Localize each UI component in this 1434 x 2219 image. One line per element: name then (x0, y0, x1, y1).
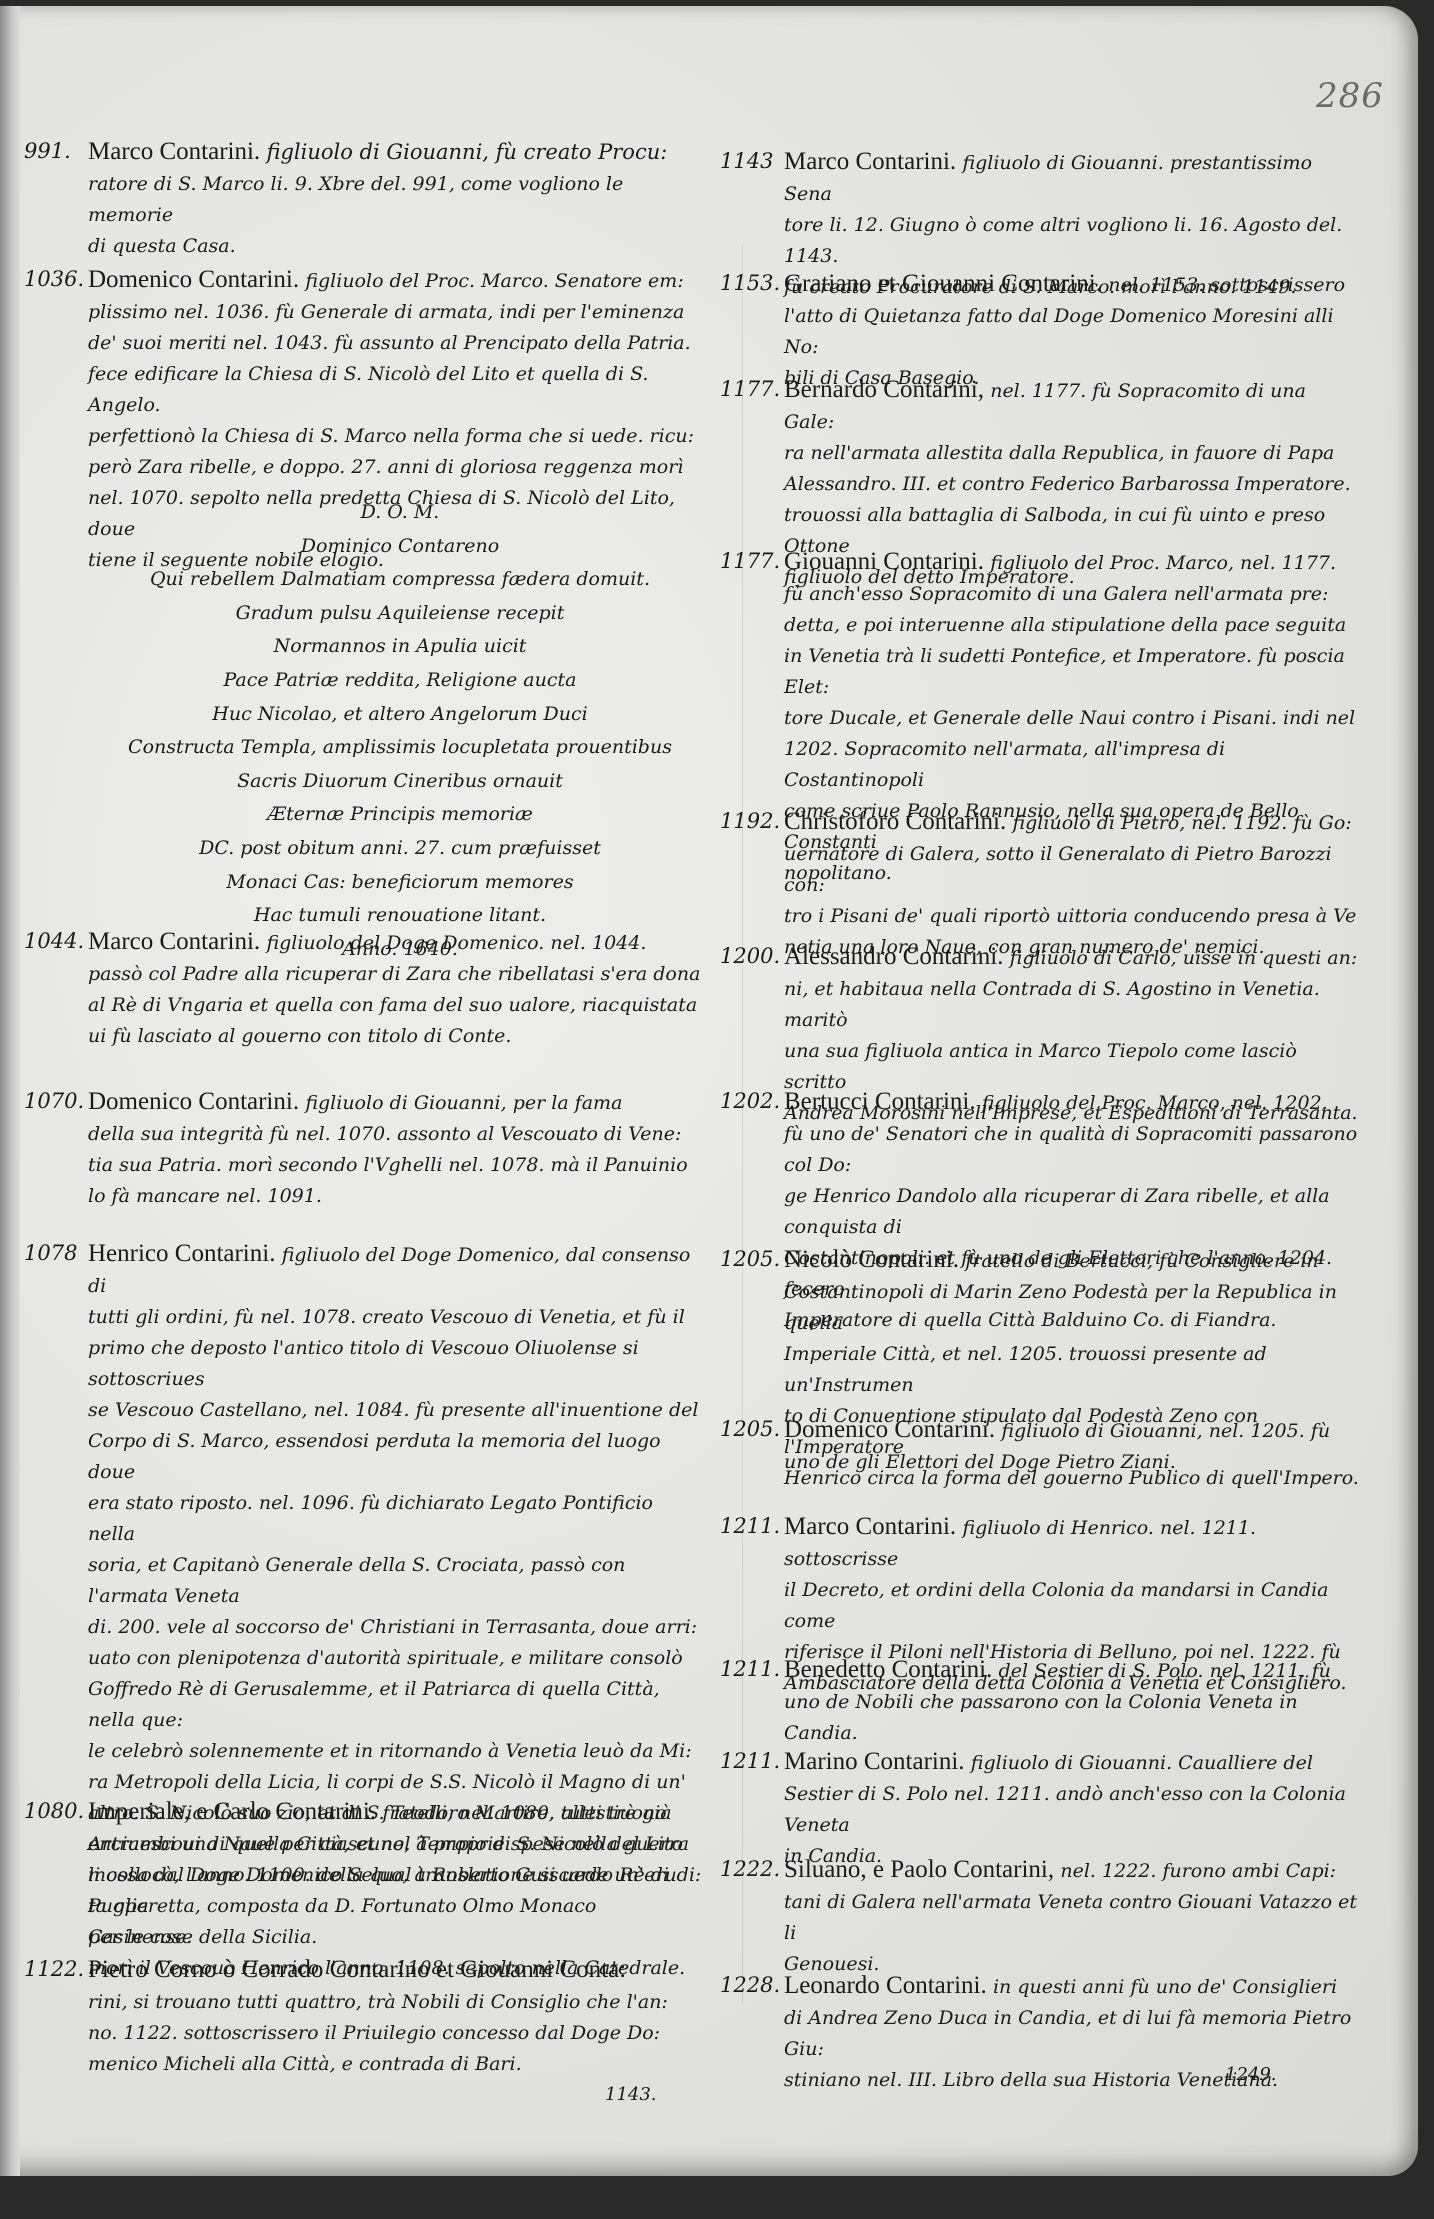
entry-year: 1036. (24, 264, 84, 295)
entry-1080: 1080. Imperiale, e Carlo Contarini. frat… (24, 1796, 704, 1953)
entry-line: della sua integrità fù nel. 1070. assont… (88, 1123, 681, 1145)
entry-line: tutti gli ordini, fù nel. 1078. creato V… (88, 1306, 685, 1328)
entry-name: Domenico Contarini. (784, 1416, 1001, 1443)
entry-line: de' suoi meriti nel. 1043. fù assunto al… (88, 332, 691, 354)
entry-year: 1122. (24, 1954, 84, 1985)
entry-line: detta, e poi interuenne alla stipulation… (784, 614, 1346, 636)
entry-name: Henrico Contarini. (88, 1240, 282, 1267)
entry-line: Sestier di S. Polo nel. 1211. andò anch'… (784, 1783, 1346, 1836)
entry-line: primo che deposto l'antico titolo di Ves… (88, 1337, 639, 1390)
entry-year: 1177. (720, 374, 780, 405)
entry-line: figliuolo di Giouanni, per la fama (305, 1092, 622, 1114)
entry-line: entrambi una Naue per ciascuno, à propri… (88, 1833, 689, 1855)
entry-line: fù uno de' Senatori che in qualità di So… (784, 1123, 1357, 1176)
entry-1222: 1222. Siluano, e Paolo Contarini, nel. 1… (720, 1854, 1360, 1980)
entry-line: nel. 1222. furono ambi Capi: (1060, 1860, 1336, 1882)
folio-number: 286 (1316, 76, 1384, 116)
entry-line: uato con plenipotenza d'autorità spiritu… (88, 1647, 683, 1669)
entry-line: ra Metropoli della Licia, li corpi de S.… (88, 1771, 686, 1793)
entry-year: 1211. (720, 1654, 780, 1685)
entry-line: uno de Nobili che passarono con la Colon… (784, 1691, 1298, 1744)
entry-name: Nicolò Contarini. (784, 1246, 965, 1273)
entry-year: 1070. (24, 1086, 84, 1117)
entry-1122: 1122. Pietro Corno ò Corrado Contarino e… (24, 1954, 704, 2080)
catchword-left: 1143. (605, 2084, 657, 2105)
epitaph-inscription: D. O. M. Dominico Contareno Qui rebellem… (120, 496, 680, 966)
entry-line: mossa dal Doge Domenico Seluo, à Roberto… (88, 1864, 669, 1917)
entry-name: Benedetto Contarini. (784, 1656, 999, 1683)
epitaph-line: Constructa Templa, amplissimis locupleta… (120, 731, 680, 765)
entry-year: 1211. (720, 1511, 780, 1542)
entry-line: però Zara ribelle, e doppo. 27. anni di … (88, 456, 683, 478)
epitaph-line: Pace Patriæ reddita, Religione aucta (120, 664, 680, 698)
entry-line: figliuolo del Proc. Marco. Senatore em: (305, 270, 683, 292)
entry-line: era stato riposto. nel. 1096. fù dichiar… (88, 1492, 653, 1545)
epitaph-line: Normannos in Apulia uicit (120, 630, 680, 664)
entry-line: figliuolo di Giouanni, nel. 1205. fù (1001, 1420, 1330, 1442)
entry-line: ge Henrico Dandolo alla ricuperar di Zar… (784, 1185, 1330, 1238)
entry-line: Goffredo Rè di Gerusalemme, et il Patria… (88, 1678, 660, 1731)
entry-1205-domenico: 1205. Domenico Contarini. figliuolo di G… (720, 1414, 1360, 1478)
entry-year: 1078 (24, 1238, 77, 1269)
entry-line: figliuolo di Giouanni, fù creato Procu: (266, 140, 667, 164)
entry-name: Leonardo Contarini. (784, 1972, 993, 1999)
entry-1070: 1070. Domenico Contarini. figliuolo di G… (24, 1086, 704, 1212)
entry-year: 991. (24, 136, 71, 167)
epitaph-line: D. O. M. (120, 496, 680, 530)
entry-year: 1228. (720, 1970, 780, 2001)
entry-line: figliuolo di Carlo, uisse in questi an: (1010, 947, 1358, 969)
entry-line: figliuolo del Proc. Marco, nel. 1202. (982, 1092, 1328, 1114)
entry-line: Alessandro. III. et contro Federico Barb… (784, 473, 1351, 495)
entry-year: 1177. (720, 546, 780, 577)
entry-line: rini, si trouano tutti quattro, trà Nobi… (88, 1991, 668, 2013)
entry-year: 1044. (24, 926, 84, 957)
entry-line: tia sua Patria. morì secondo l'Vghelli n… (88, 1154, 688, 1176)
entry-line: ra nell'armata allestita dalla Republica… (784, 442, 1334, 464)
entry-line: fratello di Bertucci, fù Consigliere in (965, 1250, 1318, 1272)
entry-line: perfettionò la Chiesa di S. Marco nella … (88, 425, 694, 447)
entry-line: del Sestier di S. Polo. nel. 1211. fù (999, 1660, 1331, 1682)
entry-line: ratore di S. Marco li. 9. Xbre del. 991,… (88, 173, 623, 226)
epitaph-line: Huc Nicolao, et altero Angelorum Duci (120, 698, 680, 732)
epitaph-line: Gradum pulsu Aquileiense recepit (120, 597, 680, 631)
entry-line: stiniano nel. III. Libro della sua Histo… (784, 2069, 1278, 2091)
entry-line: plissimo nel. 1036. fù Generale di armat… (88, 301, 684, 323)
entry-line: Corpo di S. Marco, essendosi perduta la … (88, 1430, 661, 1483)
entry-line: lo fà mancare nel. 1091. (88, 1185, 322, 1207)
entry-name: Giouanni Contarini. (784, 548, 990, 575)
entry-line: fece edificare la Chiesa di S. Nicolò de… (88, 363, 648, 416)
entry-line: nel. 1153. sottoscrissero (1108, 274, 1345, 296)
entry-line: 1202. Sopracomito nell'armata, all'impre… (784, 738, 1225, 791)
entry-name: Imperiale, e Carlo Contarini. (88, 1798, 382, 1825)
entry-year: 1080. (24, 1796, 84, 1827)
entry-line: il Decreto, et ordini della Colonia da m… (784, 1579, 1329, 1632)
manuscript-page: 286 991. Marco Contarini. figliuolo di G… (0, 6, 1418, 2176)
entry-line: di. 200. vele al soccorso de' Christiani… (88, 1616, 697, 1638)
entry-name: Gratiano et Giouanni Contarini. (784, 270, 1108, 297)
entry-line: al Rè di Vngaria et quella con fama del … (88, 994, 697, 1016)
entry-name: Christoforo Contarini. (784, 808, 1012, 835)
entry-name: Bertucci Contarini. (784, 1088, 982, 1115)
page-binding (0, 6, 20, 2176)
entry-line: soria, et Capitanò Generale della S. Cro… (88, 1554, 625, 1607)
entry-year: 1200. (720, 941, 780, 972)
entry-line: le celebrò solennemente et in ritornando… (88, 1740, 692, 1762)
entry-line: figliuolo di Giouanni. Caualliere del (971, 1752, 1313, 1774)
entry-name: Alessandro Contarini. (784, 943, 1010, 970)
entry-line: se Vescouo Castellano, nel. 1084. fù pre… (88, 1399, 698, 1421)
entry-991: 991. Marco Contarini. figliuolo di Gioua… (24, 136, 704, 262)
epitaph-line: DC. post obitum anni. 27. cum præfuisset (120, 832, 680, 866)
entry-year: 1222. (720, 1854, 780, 1885)
entry-line: per le cose della Sicilia. (88, 1926, 317, 1948)
entry-year: 1211. (720, 1746, 780, 1777)
entry-year: 1205. (720, 1244, 780, 1275)
entry-line: uernatore di Galera, sotto il Generalato… (784, 843, 1332, 896)
entry-name: Marco Contarini. (784, 1513, 962, 1540)
entry-line: uno de gli Elettori del Doge Pietro Zian… (784, 1451, 1176, 1473)
entry-line: tro i Pisani de' quali riportò uittoria … (784, 905, 1356, 927)
entry-line: di questa Casa. (88, 235, 236, 257)
epitaph-line: Dominico Contareno (120, 530, 680, 564)
entry-name: Marino Contarini. (784, 1748, 971, 1775)
entry-line: passò col Padre alla ricuperar di Zara c… (88, 963, 700, 985)
entry-line: ni, et habitaua nella Contrada di S. Ago… (784, 978, 1320, 1031)
entry-1044: 1044. Marco Contarini. figliuolo del Dog… (24, 926, 704, 1052)
entry-line: ui fù lasciato al gouerno con titolo di … (88, 1025, 511, 1047)
entry-name: Bernardo Contarini, (784, 376, 990, 403)
epitaph-line: Sacris Diuorum Cineribus ornauit (120, 765, 680, 799)
entry-line: l'atto di Quietanza fatto dal Doge Domen… (784, 305, 1334, 358)
entry-line: tani di Galera nell'armata Veneta contro… (784, 1891, 1357, 1944)
entry-line: in questi anni fù uno de' Consiglieri (993, 1976, 1337, 1998)
entry-line: tore li. 12. Giugno ò come altri voglion… (784, 214, 1342, 267)
entry-name: Domenico Contarini. (88, 1088, 305, 1115)
entry-year: 1192. (720, 806, 780, 837)
entry-name: Marco Contarini. (784, 148, 962, 175)
epitaph-line: Qui rebellem Dalmatiam compressa fædera … (120, 563, 680, 597)
entry-line: no. 1122. sottoscrissero il Priuilegio c… (88, 2022, 660, 2044)
entry-year: 1202. (720, 1086, 780, 1117)
entry-name: Siluano, e Paolo Contarini, (784, 1856, 1060, 1883)
entry-year: 1143 (720, 146, 773, 177)
epitaph-line: Æternæ Principis memoriæ (120, 798, 680, 832)
entry-name: Domenico Contarini. (88, 266, 305, 293)
entry-line: fù anch'esso Sopracomito di una Galera n… (784, 583, 1328, 605)
entry-year: 1205. (720, 1414, 780, 1445)
entry-line: Costantinopoli di Marin Zeno Podestà per… (784, 1281, 1337, 1334)
entry-name: Marco Contarini. (88, 928, 266, 955)
entry-name: Pietro Corno ò Corrado Contarino et Giou… (88, 1956, 626, 1983)
entry-line: Imperiale Città, et nel. 1205. trouossi … (784, 1343, 1267, 1396)
entry-line: tore Ducale, et Generale delle Naui cont… (784, 707, 1355, 729)
epitaph-line: Monaci Cas: beneficiorum memores (120, 866, 680, 900)
entry-1192: 1192. Christoforo Contarini. figliuolo d… (720, 806, 1360, 963)
entry-line: in Venetia trà li sudetti Pontefice, et … (784, 645, 1345, 698)
entry-line: fratelli, nel. 1080. allestiuono (382, 1802, 666, 1824)
entry-line: figliuolo di Pietro, nel. 1192. fù Go: (1012, 812, 1351, 834)
entry-line: figliuolo del Proc. Marco, nel. 1177. (990, 552, 1336, 574)
entry-line: di Andrea Zeno Duca in Candia, et di lui… (784, 2007, 1351, 2060)
entry-1211-benedetto: 1211. Benedetto Contarini. del Sestier d… (720, 1654, 1360, 1749)
entry-line: menico Micheli alla Città, e contrada di… (88, 2053, 522, 2075)
entry-name: Marco Contarini. (88, 138, 266, 165)
catchword-right: 1249. (1225, 2064, 1277, 2085)
entry-year: 1153. (720, 268, 780, 299)
entry-line: figliuolo del Doge Domenico. nel. 1044. (266, 932, 646, 954)
